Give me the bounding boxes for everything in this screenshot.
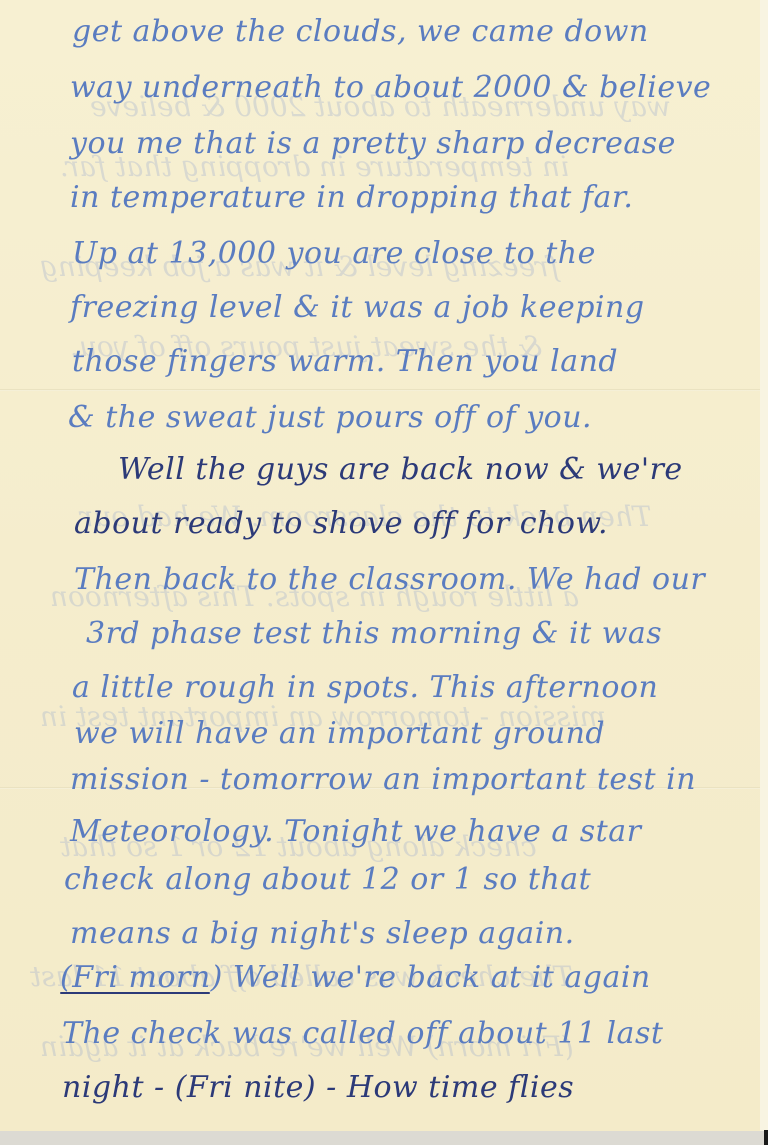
letter-line: Up at 13,000 you are close to the <box>72 236 596 271</box>
paper-edge <box>760 0 768 1131</box>
letter-line: a little rough in spots. This afternoon <box>72 670 658 705</box>
scan-edge-shadow <box>764 1130 768 1145</box>
scan-background-strip <box>0 1131 768 1145</box>
letter-line: those fingers warm. Then you land <box>72 344 618 379</box>
letter-line: about ready to shove off for chow. <box>74 506 608 541</box>
letter-line: Meteorology. Tonight we have a star <box>70 814 641 849</box>
letter-line: night - (Fri nite) - How time flies <box>62 1070 574 1105</box>
letter-line: The check was called off about 11 last <box>62 1016 663 1051</box>
letter-line: 3rd phase test this morning & it was <box>86 616 662 651</box>
letter-line: (Fri morn) Well we're back at it again <box>60 960 651 995</box>
letter-line: Well the guys are back now & we're <box>118 452 683 487</box>
letter-line: we will have an important ground <box>74 716 605 751</box>
letter-line: Then back to the classroom. We had our <box>74 562 705 597</box>
letter-line: way underneath to about 2000 & believe <box>70 70 711 105</box>
letter-line: mission - tomorrow an important test in <box>70 762 696 797</box>
fold-line <box>0 389 760 391</box>
underline-fri-morn <box>60 992 210 994</box>
letter-line: check along about 12 or 1 so that <box>64 862 591 897</box>
letter-line: you me that is a pretty sharp decrease <box>70 126 676 161</box>
letter-line: get above the clouds, we came down <box>72 14 649 49</box>
letter-line: freezing level & it was a job keeping <box>70 290 645 325</box>
letter-line: in temperature in dropping that far. <box>70 180 633 215</box>
letter-line: means a big night's sleep again. <box>70 916 575 951</box>
letter-line: & the sweat just pours off of you. <box>68 400 592 435</box>
